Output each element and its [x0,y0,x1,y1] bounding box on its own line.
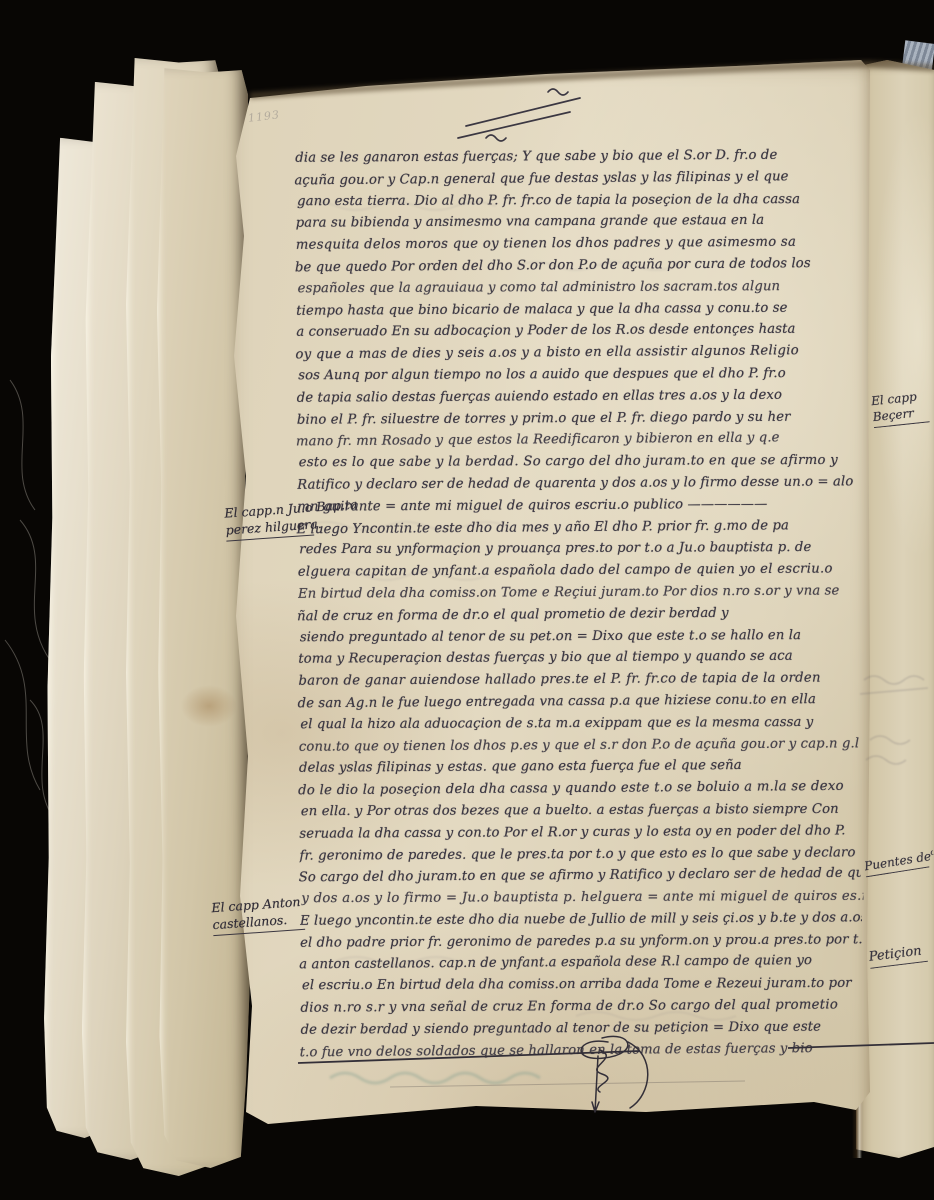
manuscript-line: redes Para su ynformaçion y prouança pre… [299,537,861,561]
manuscript-line: de san Ag.n le fue luego entregada vna c… [298,689,860,715]
manuscript-line: t.o fue vno delos soldados que se hallar… [300,1037,862,1063]
margin-note-becerra: El capp Beçerr [870,387,934,428]
manuscript-line: esto es lo que sabe y la berdad. So carg… [299,450,861,474]
manuscript-line: Ratifico y declaro ser de hedad de quare… [297,471,859,496]
manuscript-line: españoles que la agrauiaua y como tal ad… [298,276,860,300]
manuscript-line: conu.to que oy tienen los dhos p.es y qu… [299,733,861,758]
manuscript-line: siendo preguntado al tenor de su pet.on … [300,624,862,648]
manuscript-line: be que quedo Por orden del dho S.or don … [295,253,857,279]
manuscript-line: de tapia salio destas fuerças auiendo es… [297,384,859,409]
manuscript-line: el escriu.o En birtud dela dha comiss.on… [302,973,864,997]
manuscript-scan-photo: dia se les ganaron estas fuerças; Y que … [0,0,934,1200]
manuscript-line: ñal de cruz en forma de dr.o el qual pro… [297,601,859,627]
manuscript-line: açuña gou.or y Cap.n general que fue des… [294,166,856,192]
manuscript-line: y dos a.os y lo firmo = Ju.o bauptista p… [301,886,863,910]
manuscript-line: en ella. y Por otras dos bezes que a bue… [301,799,863,823]
manuscript-line: el qual la hizo ala aduocaçion de s.ta m… [300,711,862,735]
manuscript-line: sos Aunq por algun tiempo no los a auido… [298,363,860,387]
manuscript-line: seruada la dha cassa y con.to Por el R.o… [299,820,861,845]
margin-note-anton-castellanos: El capp Anton castellanos. [211,893,305,936]
manuscript-text-block: dia se les ganaron estas fuerças; Y que … [295,144,863,1063]
manuscript-line: gano esta tierra. Dio al dho P. fr. fr.c… [297,188,859,212]
manuscript-line: E luego yncontin.te este dho dia nuebe d… [300,907,862,932]
